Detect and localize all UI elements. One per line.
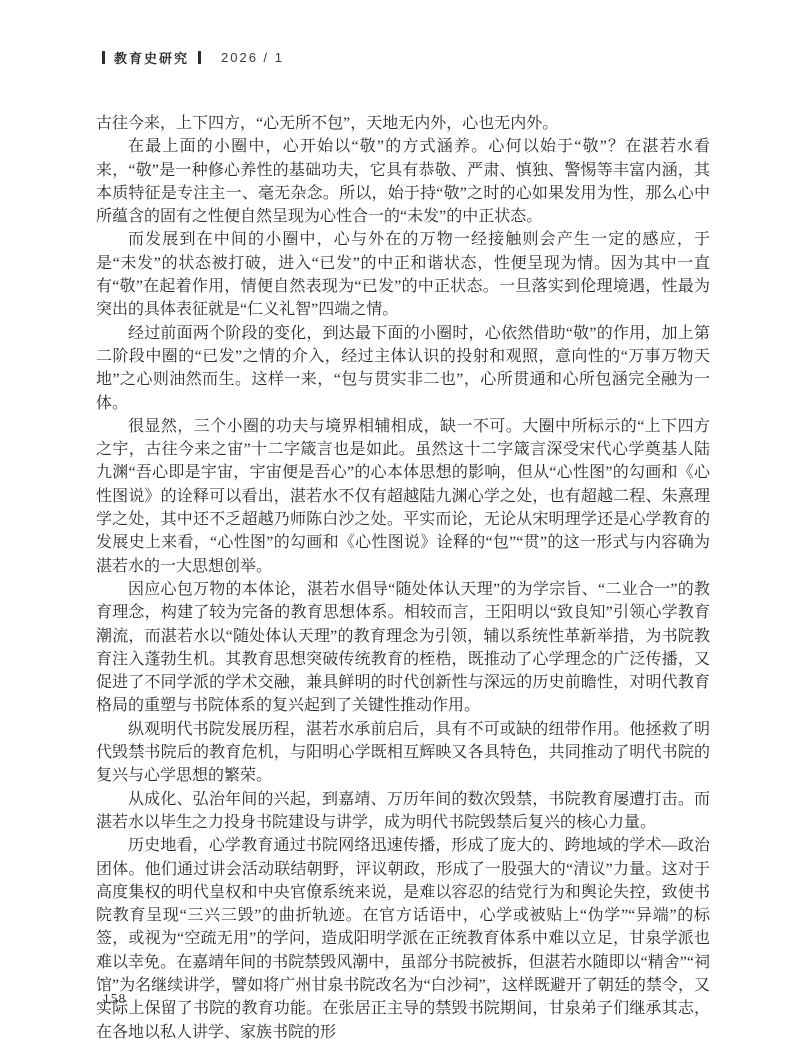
vertical-bar-icon xyxy=(198,51,201,64)
body-paragraph: 而发展到在中间的小圈中，心与外在的万物一经接触则会产生一定的感应，于是“未发”的… xyxy=(96,228,710,321)
body-paragraph: 因应心包万物的本体论，湛若水倡导“随处体认天理”的为学宗旨、“二业合一”的教育理… xyxy=(96,578,710,718)
body-paragraph: 从成化、弘治年间的兴起，到嘉靖、万历年间的数次毁禁，书院教育屡遭打击。而湛若水以… xyxy=(96,788,710,835)
page-number: 158 xyxy=(103,991,126,1007)
body-paragraph: 古往今来，上下四方，“心无所不包”，天地无内外，心也无内外。 xyxy=(96,112,710,135)
body-paragraph: 纵观明代书院发展历程，湛若水承前启后，具有不可或缺的纽带作用。他拯救了明代毁禁书… xyxy=(96,718,710,788)
body-paragraph: 历史地看，心学教育通过书院网络迅速传播，形成了庞大的、跨地域的学术—政治团体。他… xyxy=(96,834,710,1044)
page-header: 教育史研究 2026 / 1 xyxy=(102,48,284,67)
body-paragraph: 经过前面两个阶段的变化，到达最下面的小圈时，心依然借助“敬”的作用，加上第二阶段… xyxy=(96,322,710,415)
journal-page: 教育史研究 2026 / 1 古往今来，上下四方，“心无所不包”，天地无内外，心… xyxy=(0,0,800,1059)
body-paragraph: 很显然，三个小圈的功夫与境界相辅相成，缺一不可。大圈中所标示的“上下四方之宇，古… xyxy=(96,415,710,578)
vertical-bar-icon xyxy=(102,51,105,64)
article-body: 古往今来，上下四方，“心无所不包”，天地无内外，心也无内外。 在最上面的小圈中，… xyxy=(96,112,710,1044)
issue-number: 2026 / 1 xyxy=(221,50,284,65)
body-paragraph: 在最上面的小圈中，心开始以“敬”的方式涵养。心何以始于“敬”？在湛若水看来，“敬… xyxy=(96,135,710,228)
journal-title: 教育史研究 xyxy=(114,48,189,67)
